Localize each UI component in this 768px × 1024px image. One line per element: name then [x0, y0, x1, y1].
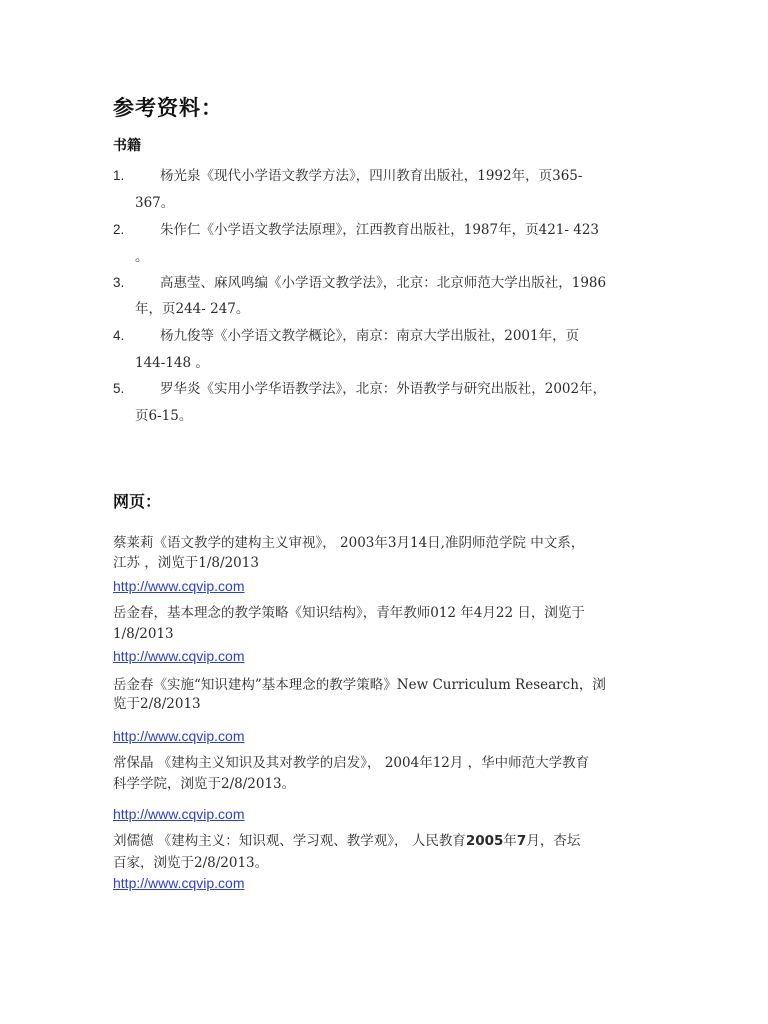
book-item-line: 杨九俊等《小学语文教学概论》，南京：南京大学出版社，2001年，页	[160, 327, 579, 345]
web-entry-line: 江苏 ，浏览于1/8/2013	[113, 554, 259, 572]
web-entry-line: 刘儒德 《建构主义：知识观、学习观、教学观》， 人民教育2005年7月，杏坛	[113, 832, 580, 850]
list-number: 3.	[113, 275, 124, 290]
web-entry-line: 常保晶 《建构主义知识及其对教学的启发》， 2004年12月 ，华中师范大学教育	[113, 754, 589, 772]
book-item-line: 。	[135, 248, 149, 266]
web-heading: 网页：	[113, 489, 161, 512]
book-item-line: 年，页244- 247。	[135, 300, 249, 318]
web-entry-month: 7	[517, 833, 526, 849]
web-entry-text: 年	[503, 833, 517, 849]
web-entry-line: 蔡莱莉《语文教学的建构主义审视》， 2003年3月14日,准阴师范学院 中文系，	[113, 534, 584, 552]
list-number: 5.	[113, 381, 124, 396]
book-item-line: 朱作仁《小学语文教学法原理》，江西教育出版社，1987年，页421- 423	[160, 221, 599, 239]
list-number: 1.	[113, 168, 124, 183]
web-entry-line: 1/8/2013	[113, 625, 174, 643]
book-item-line: 杨光泉《现代小学语文教学方法》，四川教育出版社，1992年，页365-	[160, 167, 582, 185]
web-link[interactable]: http://www.cqvip.com	[113, 728, 245, 744]
list-number: 4.	[113, 328, 124, 343]
web-link[interactable]: http://www.cqvip.com	[113, 578, 245, 594]
page-title: 参考资料：	[113, 92, 223, 122]
books-heading: 书籍	[113, 135, 141, 155]
web-link[interactable]: http://www.cqvip.com	[113, 648, 245, 664]
document-page: 参考资料： 书籍 1. 杨光泉《现代小学语文教学方法》，四川教育出版社，1992…	[0, 0, 768, 1024]
list-number: 2.	[113, 222, 124, 237]
book-item-line: 罗华炎《实用小学华语教学法》，北京：外语教学与研究出版社，2002年，	[160, 380, 606, 398]
book-item-line: 144-148 。	[135, 354, 209, 372]
book-item-line: 367。	[135, 194, 174, 212]
web-entry-line: 百家，浏览于2/8/2013。	[113, 854, 268, 872]
web-entry-line: 科学学院，浏览于2/8/2013。	[113, 775, 295, 793]
web-entry-line: 岳金春，基本理念的教学策略《知识结构》，青年教师012 年4月22 日，浏览于	[113, 604, 585, 622]
web-link[interactable]: http://www.cqvip.com	[113, 806, 245, 822]
web-entry-line: 览于2/8/2013	[113, 695, 201, 713]
book-item-line: 页6-15。	[135, 407, 192, 425]
web-entry-line: 岳金春《实施“知识建构”基本理念的教学策略》New Curriculum Res…	[113, 676, 606, 694]
web-link[interactable]: http://www.cqvip.com	[113, 875, 245, 891]
web-entry-text: 刘儒德 《建构主义：知识观、学习观、教学观》， 人民教育	[113, 833, 466, 849]
book-item-line: 高惠莹、麻风鸣编《小学语文教学法》，北京：北京师范大学出版社，1986	[160, 274, 606, 292]
web-entry-year: 2005	[466, 833, 504, 849]
web-entry-text: 月，杏坛	[526, 833, 580, 849]
